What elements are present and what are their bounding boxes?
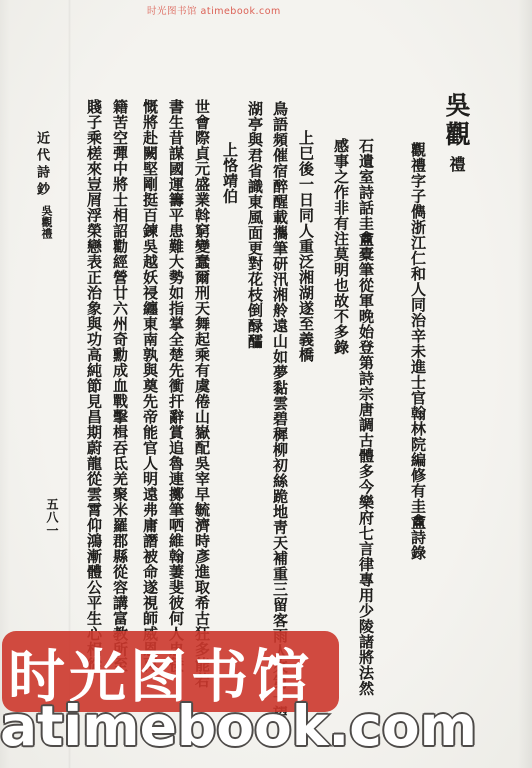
poem1-column: 鳥語頻催宿醉醒載攜筆研汛湘舲遠山如夢黏雲碧穉柳初絲跪地靑天補重三留客雨人來第一望 [271, 101, 286, 721]
shihua-column-1: 石遺室詩話圭盫橐筆從軍晚始登第詩宗唐調古體多今樂府七言律專用少陵諸將法然 [357, 138, 372, 696]
margin-book-title: 近代詩鈔 [36, 131, 49, 199]
page-number: 五八一 [46, 498, 58, 537]
bio-column: 觀禮字子儁浙江仁和人同治辛未進士官翰林院編修有圭盫詩錄 [409, 142, 424, 561]
poem2-column: 賤子乘槎來豈屑浮榮戀表正治象與功高純節見昌期蔚龍從雲霄仰鴻漸體公平生心相從 [85, 99, 100, 673]
entry-title: 吳觀禮 [443, 92, 468, 172]
poem2-title: 上恪靖伯 [221, 142, 236, 204]
scanned-book-page: 时光图书馆 atimebook.com 吳觀禮 觀禮字子儁浙江仁和人同治辛未進士… [0, 0, 532, 768]
poem2-column: 籍苦空彈中將士相詔勸經營廿六州奇勳成血戰擊楫吞氐羌聚米羅郡縣從容講富教所至 [111, 99, 126, 673]
entry-title-main: 吳觀 [442, 92, 469, 150]
entry-title-suffix: 禮 [447, 156, 464, 172]
watermark-url-text: atimebook.com [0, 694, 477, 758]
margin-author: 吳觀禮 [40, 205, 51, 240]
shihua-column-2: 感事之作非有注莫明也故不多錄 [332, 138, 347, 355]
poem2-column: 書生昔謀國運籌平患難大勢如指掌全楚先衝扞辭賞追魯連擲筆哂維翰萋斐彼何人忠佞 [167, 99, 182, 673]
poem1-column: 湖亭與君省識東風面更對花枝倒醁醽 [246, 101, 261, 349]
watermark-top-text: 时光图书馆 atimebook.com [147, 3, 281, 17]
poem2-column: 世會際貞元盛業斡窮變蠢爾刑天舞起乘有虞倦山嶽配吳宰早毓濟時彥進取希古狂多能若 [193, 99, 208, 688]
poem1-title: 上巳後一日同人重泛湘湖遂至義橋 [297, 130, 312, 363]
poem2-column: 慨將赴闕堅剛挺百鍊吳越妖祲纏東南孰與奠先帝能官人明遠弗庸譖被命遂視師威恩再 [141, 99, 156, 673]
